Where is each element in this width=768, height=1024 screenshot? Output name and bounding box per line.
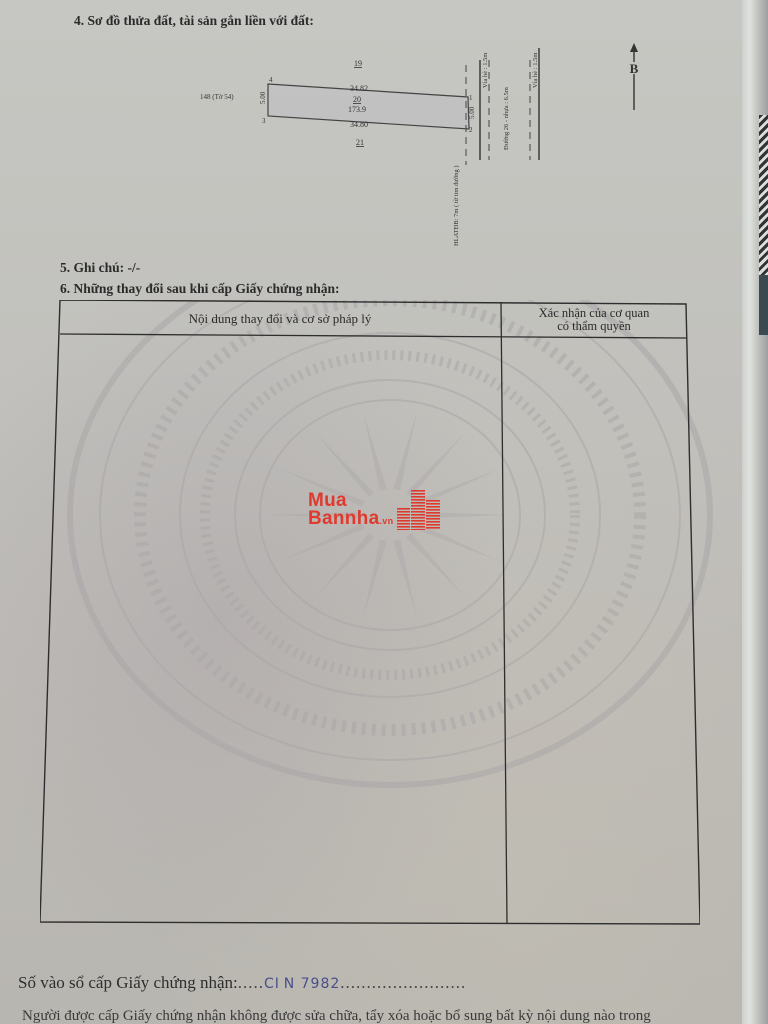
bronze-drum-watermark: [60, 300, 720, 820]
registration-number-line: Số vào sổ cấp Giấy chứng nhận:.....CI N …: [18, 973, 466, 993]
svg-text:34.80: 34.80: [350, 120, 368, 129]
svg-text:21: 21: [356, 138, 364, 147]
svg-text:3: 3: [262, 117, 266, 125]
svg-text:173.9: 173.9: [348, 105, 366, 114]
muabannha-watermark-logo: Mua Bannha.vn: [308, 490, 441, 530]
parcel-sketch: B 19 21 148 (Tờ 54) 34.82 34.80 20 173.9…: [0, 0, 768, 260]
svg-text:5.00: 5.00: [259, 91, 267, 104]
svg-text:2: 2: [469, 126, 473, 134]
section-4-title: 4. Sơ đồ thửa đất, tài sản gắn liền với …: [74, 13, 314, 29]
svg-text:1: 1: [469, 94, 473, 102]
svg-text:Đường 26 - nhựa : 6.5m: Đường 26 - nhựa : 6.5m: [503, 87, 510, 150]
notice-text: Người được cấp Giấy chứng nhận không đượ…: [22, 1008, 651, 1024]
section-5-notes: 5. Ghi chú: -/-: [60, 260, 140, 276]
table-header-changes: Nội dung thay đổi và cơ sở pháp lý: [60, 302, 500, 336]
svg-text:Vỉa hè : 1.5m: Vỉa hè : 1.5m: [532, 53, 539, 88]
svg-text:19: 19: [354, 59, 362, 68]
svg-text:20: 20: [353, 95, 361, 104]
buildings-icon: [397, 490, 441, 530]
svg-text:HLATĐB: 7m ( từ tim đường ): HLATĐB: 7m ( từ tim đường ): [453, 165, 460, 246]
handwritten-registration-number: CI N 7982: [264, 976, 340, 992]
svg-text:Vỉa hè : 1.5m: Vỉa hè : 1.5m: [482, 53, 489, 88]
svg-text:34.82: 34.82: [350, 84, 368, 93]
svg-text:148 (Tờ 54): 148 (Tờ 54): [200, 93, 234, 101]
table-header-confirmation: Xác nhận của cơ quancó thẩm quyền: [502, 303, 686, 337]
section-6-title: 6. Những thay đổi sau khi cấp Giấy chứng…: [60, 281, 340, 297]
svg-text:5.00: 5.00: [468, 106, 476, 119]
svg-text:4: 4: [269, 76, 273, 84]
north-arrow-label: B: [630, 61, 639, 76]
